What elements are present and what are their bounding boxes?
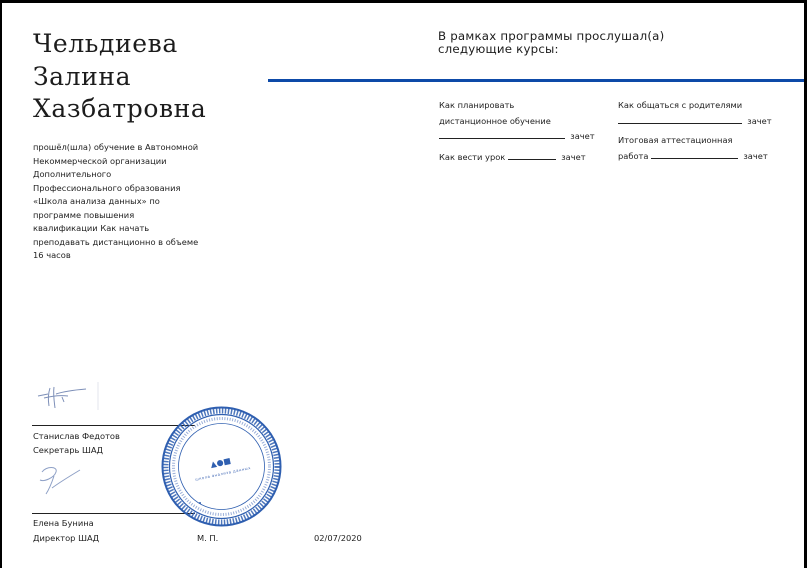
course-result: зачет [561,152,585,162]
stamp-place-label: М. П. [197,531,218,545]
courses-intro: В рамках программы прослушал(а) следующи… [438,30,664,56]
statement-line: прошёл(шла) обучение в Автономной [33,141,233,155]
course-result: зачет [747,116,771,126]
grade-blank [439,129,565,139]
statement-line: 16 часов [33,249,233,263]
course-title-line: работа [618,151,648,161]
secretary-position: Секретарь ШАД [33,443,103,457]
course-title-line: Как планировать [439,98,609,114]
official-stamp: ▲●■ школа анализа данных [160,405,283,528]
course-item: Как общаться с родителями зачет [618,98,788,129]
statement-line: Профессионального образования [33,182,233,196]
course-item: Итоговая аттестационная работа зачет [618,133,788,164]
director-name: Елена Бунина [33,516,94,530]
course-title-line: дистанционное обучение [439,114,609,130]
recipient-name: Чельдиева Залина Хазбатровна [33,28,206,126]
recipient-first-name: Залина [33,61,206,94]
secretary-signature-image [34,380,104,412]
statement-line: Некоммерческой организации [33,155,233,169]
director-position: Директор ШАД [33,531,99,545]
stamp-center-text: школа анализа данных [195,465,252,482]
recipient-surname: Чельдиева [33,28,206,61]
director-signature-image [36,462,86,496]
stamp-logo: ▲●■ [210,456,232,469]
accent-divider [268,79,804,82]
course-item: Как вести урок зачет [439,150,609,166]
grade-blank [508,150,556,160]
secretary-name: Станислав Федотов [33,429,120,443]
statement-line: Дополнительного [33,168,233,182]
course-item: Как планировать дистанционное обучение з… [439,98,609,145]
statement-line: «Школа анализа данных» по [33,195,233,209]
completion-statement: прошёл(шла) обучение в Автономной Некомм… [33,141,233,263]
grade-blank [651,149,738,159]
course-title-line: Как общаться с родителями [618,98,788,114]
course-result: зачет [743,151,767,161]
statement-line: квалификации Как начать [33,222,233,236]
intro-line-2: следующие курсы: [438,43,664,56]
recipient-patronymic: Хазбатровна [33,93,206,126]
statement-line: программе повышения [33,209,233,223]
statement-line: преподавать дистанционно в объеме [33,236,233,250]
grade-blank [618,114,742,124]
course-title-line: Итоговая аттестационная [618,133,788,149]
issue-date: 02/07/2020 [314,531,362,545]
course-title-line: Как вести урок [439,152,505,162]
course-result: зачет [570,131,594,141]
